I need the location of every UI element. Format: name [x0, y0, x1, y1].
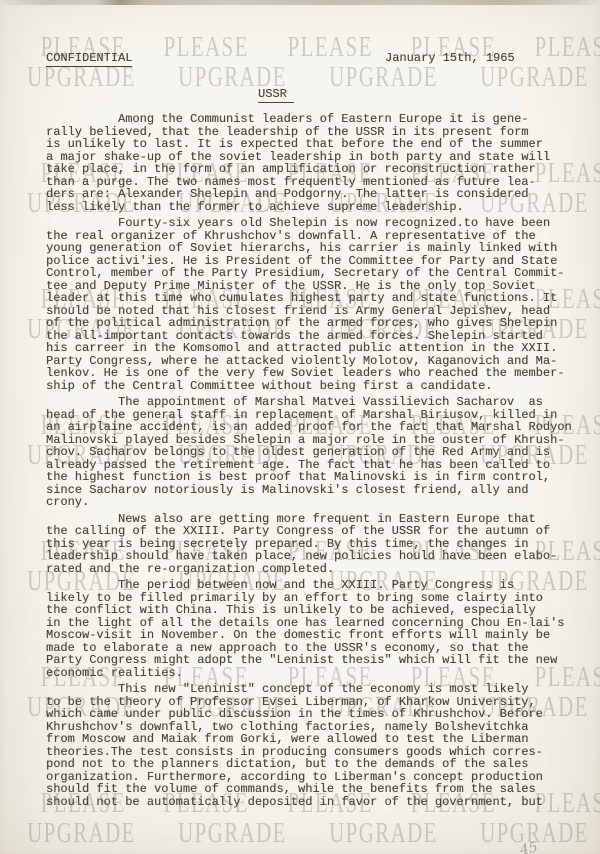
scan-edge: [0, 0, 600, 5]
document-title: USSR: [258, 88, 294, 103]
paragraph-4: News also are getting more frequent in E…: [46, 513, 572, 576]
watermark-word: PLEASE: [164, 33, 249, 62]
paragraph-3: The appointment of Marshal Matvei Vassil…: [46, 396, 572, 509]
paragraph-5: The period between now and the XXIII. Pa…: [46, 579, 572, 679]
paragraph-1: Among the Communist leaders of Eastern E…: [46, 113, 572, 213]
watermark-word: PLEASE: [534, 33, 600, 62]
watermark-word: UPGRADE: [178, 819, 287, 848]
paragraph-2: Fourty-six years old Shelepin is now rec…: [46, 217, 572, 392]
watermark-row-upgrade: UPGRADEUPGRADEUPGRADEUPGRADEUPGRADE: [6, 63, 600, 92]
watermark-word: PLEASE: [287, 33, 372, 62]
watermark-word: UPGRADE: [27, 819, 136, 848]
watermark-word: UPGRADE: [480, 63, 589, 92]
document-date: January 15th, 1965: [385, 52, 515, 65]
document-body: Among the Communist leaders of Eastern E…: [46, 113, 572, 812]
watermark-row-upgrade: UPGRADEUPGRADEUPGRADEUPGRADEUPGRADE: [6, 819, 600, 848]
page-number: 45: [519, 839, 540, 854]
watermark-word: UPGRADE: [329, 63, 438, 92]
document-page: PLEASEPLEASEPLEASEPLEASEPLEASEUPGRADEUPG…: [0, 0, 600, 854]
classification-label: CONFIDENTIAL: [46, 52, 132, 67]
watermark-word: UPGRADE: [329, 819, 438, 848]
watermark-word: UPGRADE: [27, 63, 136, 92]
paragraph-6: This new "Leninist" concept of the econo…: [46, 683, 572, 808]
